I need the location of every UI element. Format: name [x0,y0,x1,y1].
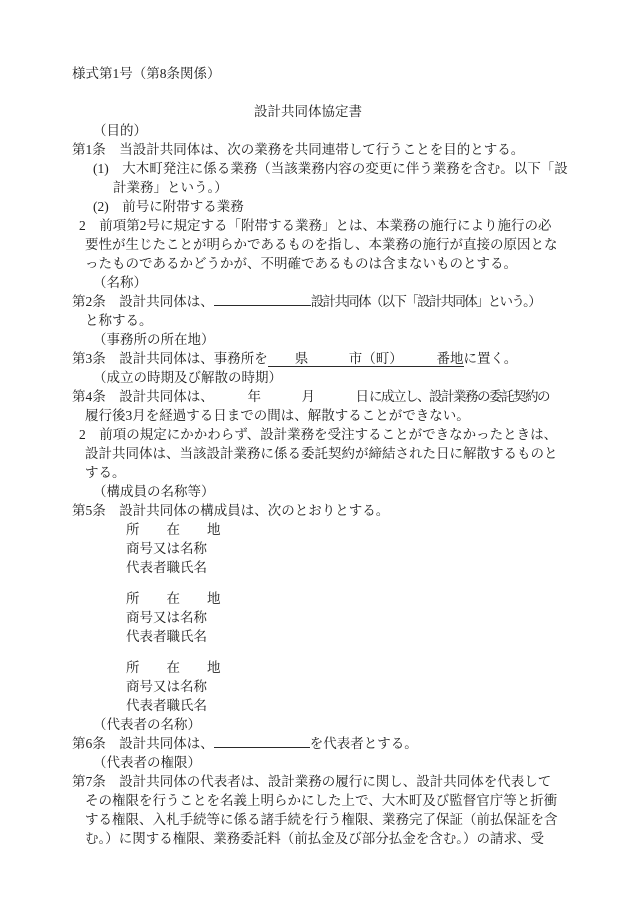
document-line: 代表者職氏名 [72,627,572,646]
document-line: 2 前項第2号に規定する「附帯する業務」とは、本業務の施行により施行の必 [72,216,572,235]
document-line: 代表者職氏名 [72,558,572,577]
document-line: する権限、入札手続等に係る諸手続を行う権限、業務完了保証（前払保証を含 [72,810,572,829]
document-line: （代表者の権限） [72,753,572,772]
document-line: 商号又は名称 [72,608,572,627]
document-line: その権限を行うことを名義上明らかにした上で、大木町及び監督官庁等と折衝 [72,791,572,810]
document-line: 設計共同体は、当該設計業務に係る委託契約が締結された日に解散するものと [72,444,572,463]
document-line: （成立の時期及び解散の時期） [72,368,572,387]
document-line: 第7条 設計共同体の代表者は、設計業務の履行に関し、設計共同体を代表して [72,772,572,791]
fill-in-underlined-text: 県 市（町） 番地 [268,351,464,367]
blank-line [72,646,572,658]
document-title: 設計共同体協定書 [72,102,572,121]
document-line: 2 前項の規定にかかわらず、設計業務を受注することができなかったときは、 [72,425,572,444]
line-segment: 第2条 設計共同体は、 [72,294,214,309]
document-body: 様式第1号（第8条関係）設計共同体協定書（目的）第1条 当設計共同体は、次の業務… [72,64,572,848]
document-line: 所 在 地 [72,589,572,608]
document-line: 第6条 設計共同体は、を代表者とする。 [72,734,572,753]
document-line: 代表者職氏名 [72,696,572,715]
document-line: 所 在 地 [72,520,572,539]
document-line: 第2条 設計共同体は、設計共同体（以下「設計共同体」という。） [72,292,572,311]
document-page: 様式第1号（第8条関係）設計共同体協定書（目的）第1条 当設計共同体は、次の業務… [0,0,630,903]
document-line: 第1条 当設計共同体は、次の業務を共同連帯して行うことを目的とする。 [72,140,572,159]
fill-in-blank [214,292,311,306]
document-line: (2) 前号に附帯する業務 [72,197,572,216]
document-line: （事務所の所在地） [72,330,572,349]
line-segment: 第4条 設計共同体は、 年 月 日 [72,389,369,404]
line-segment: を代表者とする。 [310,736,418,751]
fill-in-blank [214,734,310,748]
document-line: 商号又は名称 [72,539,572,558]
document-line: 履行後3月を経過する日までの間は、解散することができない。 [72,406,572,425]
document-line: 商号又は名称 [72,677,572,696]
document-line: する。 [72,463,572,482]
form-number-label: 様式第1号（第8条関係） [72,64,572,83]
line-segment: に置く。 [464,351,518,366]
document-line: 計業務」という。） [72,178,572,197]
document-line: と称する。 [72,311,572,330]
document-line: 第5条 設計共同体の構成員は、次のとおりとする。 [72,501,572,520]
document-line: （目的） [72,121,572,140]
document-line: （構成員の名称等） [72,482,572,501]
document-line: ったものであるかどうかが、不明確であるものは含まないものとする。 [72,254,572,273]
line-segment: に成立し、設計業務の委託契約の [369,389,549,404]
blank-line [72,83,572,102]
document-line: (1) 大木町発注に係る業務（当該業務内容の変更に伴う業務を含む。以下「設 [72,159,572,178]
blank-line [72,577,572,589]
document-line: （代表者の名称） [72,715,572,734]
line-segment: 第3条 設計共同体は、事務所を [72,351,268,366]
document-line: （名称） [72,273,572,292]
document-line: む。）に関する権限、業務委託料（前払金及び部分払金を含む。）の請求、受 [72,829,572,848]
document-line: 所 在 地 [72,658,572,677]
document-line: 第4条 設計共同体は、 年 月 日に成立し、設計業務の委託契約の [72,387,572,406]
line-segment: 第6条 設計共同体は、 [72,736,214,751]
document-line: 第3条 設計共同体は、事務所を 県 市（町） 番地に置く。 [72,349,572,368]
line-segment: 設計共同体（以下「設計共同体」という。） [311,294,540,309]
document-line: 要性が生じたことが明らかであるものを指し、本業務の施行が直接の原因とな [72,235,572,254]
